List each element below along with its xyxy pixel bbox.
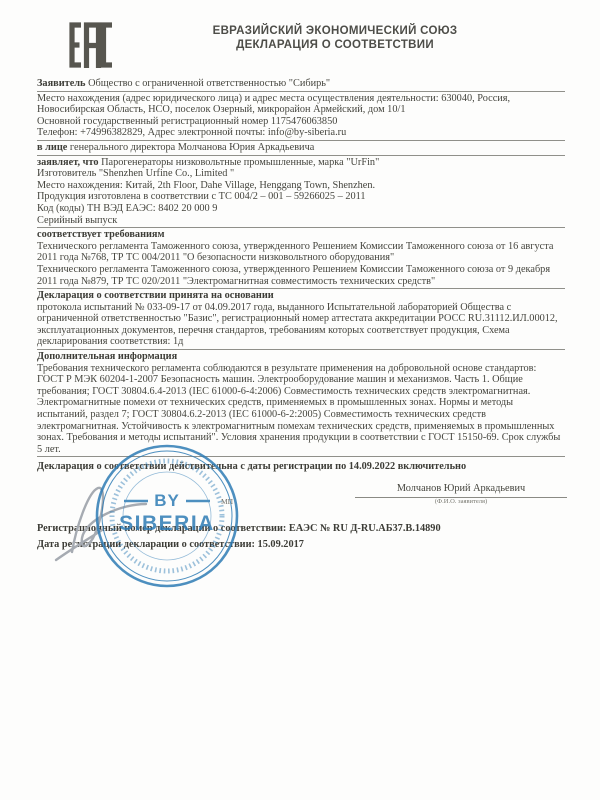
made-in-accordance: Продукция изготовлена в соответствии с Т… <box>37 191 565 203</box>
basis-heading: Декларация о соответствии принята на осн… <box>37 290 565 302</box>
union-name: ЕВРАЗИЙСКИЙ ЭКОНОМИЧЕСКИЙ СОЮЗ <box>160 24 510 38</box>
document-title: ДЕКЛАРАЦИЯ О СООТВЕТСТВИИ <box>160 38 510 52</box>
applicant-name: Общество с ограниченной ответственностью… <box>86 78 331 89</box>
applicant-label: Заявитель <box>37 78 86 89</box>
company-stamp: BY SIBERIA <box>90 440 244 592</box>
manufacturer-address: Место нахождения: Китай, 2th Floor, Dahe… <box>37 180 565 192</box>
applicant-line: Заявитель Общество с ограниченной ответс… <box>37 78 565 92</box>
applicant-address: Место нахождения (адрес юридического лиц… <box>37 93 565 116</box>
release-type: Серийный выпуск <box>37 215 565 229</box>
signatory-block: Молчанов Юрий Аркадьевич (Ф.И.О. заявите… <box>355 483 567 506</box>
compliance-heading: соответствует требованиям <box>37 229 565 241</box>
compliance-para2: Технического регламента Таможенного союз… <box>37 264 565 289</box>
representative-line: в лице генерального директора Молчанова … <box>37 142 565 156</box>
product-line: заявляет, что Парогенераторы низковольтн… <box>37 157 565 169</box>
applicant-ogrn: Основной государственный регистрационный… <box>37 116 565 128</box>
product-name: Парогенераторы низковольтные промышленны… <box>99 157 380 168</box>
stamp-text-by: BY <box>154 491 180 510</box>
additional-heading: Дополнительная информация <box>37 351 565 363</box>
applicant-contacts: Телефон: +74996382829, Адрес электронной… <box>37 127 565 141</box>
tn-ved-code: Код (коды) ТН ВЭД ЕАЭС: 8402 20 000 9 <box>37 203 565 215</box>
declaration-document: ЕВРАЗИЙСКИЙ ЭКОНОМИЧЕСКИЙ СОЮЗ ДЕКЛАРАЦИ… <box>0 0 600 800</box>
signatory-name: Молчанов Юрий Аркадьевич <box>355 483 567 498</box>
place-of-stamp-label: МП <box>221 497 233 506</box>
eac-mark-icon <box>66 22 116 68</box>
representative-label: в лице <box>37 142 67 153</box>
document-header: ЕВРАЗИЙСКИЙ ЭКОНОМИЧЕСКИЙ СОЮЗ ДЕКЛАРАЦИ… <box>160 24 510 52</box>
compliance-para1: Технического регламента Таможенного союз… <box>37 241 565 264</box>
representative-name: генерального директора Молчанова Юрия Ар… <box>67 142 314 153</box>
manufacturer-line: Изготовитель "Shenzhen Urfine Co., Limit… <box>37 168 565 180</box>
signatory-caption: (Ф.И.О. заявителя) <box>355 498 567 506</box>
stamp-text-siberia: SIBERIA <box>119 512 215 535</box>
basis-text: протокола испытаний № 033-09-17 от 04.09… <box>37 302 565 350</box>
declares-label: заявляет, что <box>37 157 99 168</box>
